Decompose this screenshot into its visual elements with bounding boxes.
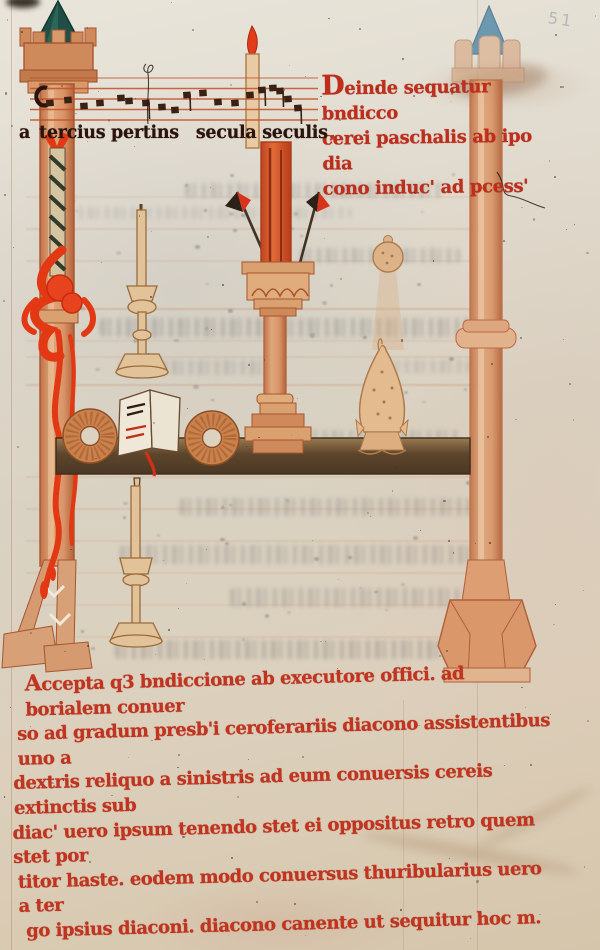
candle-pedestal (245, 403, 311, 453)
chant-punctuation: , (330, 123, 336, 143)
folio-number: 51 (547, 8, 576, 31)
left-tower (20, 1, 97, 93)
censer-and-vessel (356, 236, 408, 455)
rubric-bottom: Accepta q3 bndiccione ab executore offic… (10, 658, 557, 945)
candle-flame (248, 26, 258, 58)
manuscript-page: 51 Deinde sequatur bndicco cerei paschal… (0, 0, 600, 950)
candlestick-upper (116, 204, 168, 378)
bread-ring-right (185, 411, 239, 465)
hanging-censer (373, 242, 403, 272)
incense-vessel (360, 346, 405, 433)
chant-text-line: atercius pertinssecula seculis, (19, 123, 339, 143)
chant-word: secula seculis (196, 123, 328, 143)
rubric-top-line: Deinde sequatur bndicco (321, 70, 554, 126)
gothic-capital (242, 262, 314, 316)
chant-word: a (19, 123, 30, 143)
rubric-top: Deinde sequatur bndicco cerei paschalis … (321, 70, 555, 201)
candlestick-lower (110, 478, 162, 647)
rubric-top-line: cerei paschalis ab ipo dia (322, 123, 555, 176)
rubric-top-line: cono induc' ad pcess' (323, 173, 555, 201)
bread-ring-left (63, 409, 117, 463)
candle-body (261, 142, 291, 270)
chant-word: tercius pertins (39, 123, 179, 143)
